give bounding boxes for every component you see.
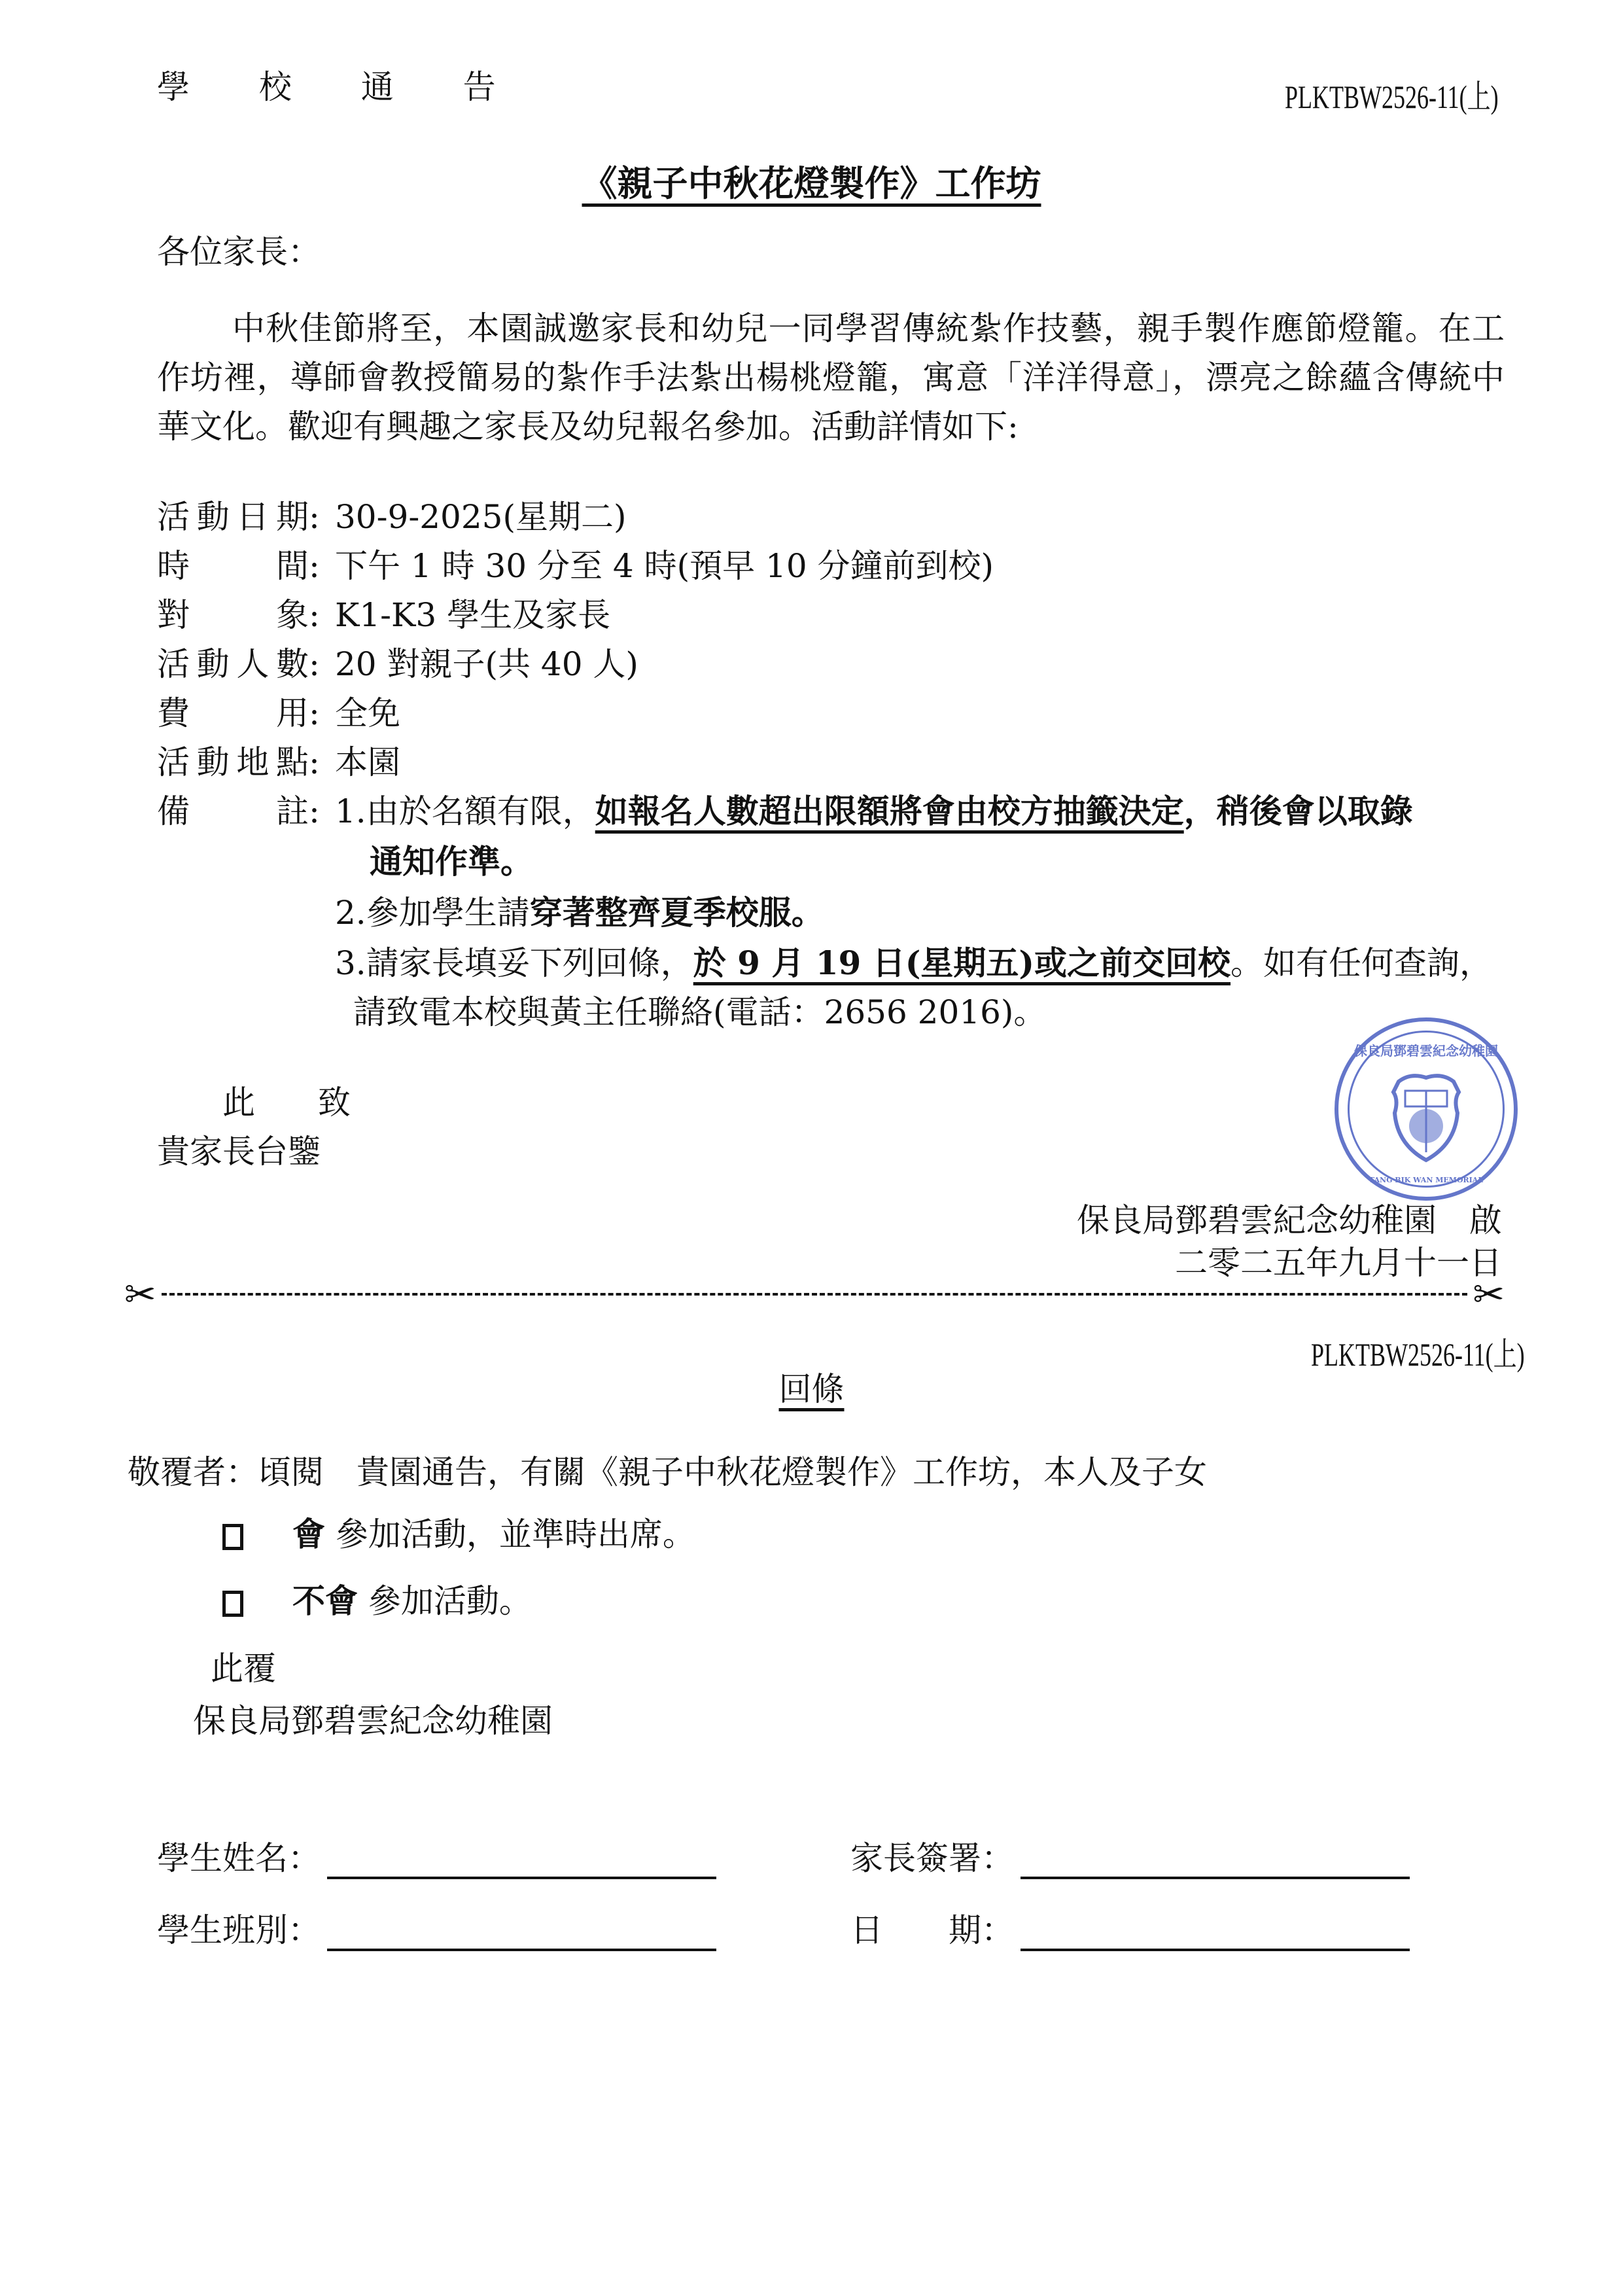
dashed-divider (162, 1293, 1468, 1296)
cut-line: ✂ ✂ (124, 1281, 1505, 1307)
field-label: 學生姓名： (157, 1832, 321, 1879)
notice-title: 《親子中秋花燈製作》工作坊 (0, 156, 1623, 206)
detail-label: 活動人數 (157, 648, 309, 680)
remark-emphasis: 於 9 月 19 日(星期五)或之前交回校 (693, 944, 1230, 982)
remark-text: 由於名額有限， (366, 792, 595, 830)
closing-line-2: 貴家長台鑒 (157, 1135, 321, 1168)
remark-emphasis: 如報名人數超出限額將會由校方抽籤決定 (595, 792, 1184, 830)
detail-label: 費用 (157, 697, 309, 730)
detail-value: 30-9-2025(星期二) (335, 501, 626, 533)
detail-row-venue: 活動地點: 本園 (157, 746, 400, 779)
not-attend-checkbox[interactable] (222, 1591, 243, 1617)
reply-title: 回條 (0, 1373, 1623, 1405)
remark-number: 3. (335, 944, 366, 982)
student-class-field[interactable]: 學生班別： (157, 1904, 716, 1951)
detail-value: K1-K3 學生及家長 (335, 599, 610, 631)
remark-item-3: 3.請家長填妥下列回條，於 9 月 19 日(星期五)或之前交回校。如有任何查詢… (335, 947, 1492, 980)
remark-item-2: 2.參加學生請穿著整齊夏季校服。 (335, 896, 824, 929)
reply-ref-code: PLKTBW2526-11(上) (1311, 1328, 1525, 1375)
detail-label: 對象 (157, 599, 309, 631)
field-label: 學生班別： (157, 1904, 321, 1951)
closing-line-1: 此 致 (222, 1086, 377, 1119)
detail-row-target: 對象: K1-K3 學生及家長 (157, 599, 610, 631)
remarks-row: 備註: 1.由於名額有限，如報名人數超出限額將會由校方抽籤決定，稍後會以取錄 (157, 795, 1413, 828)
remark-number: 1. (335, 792, 366, 830)
detail-row-fee: 費用: 全免 (157, 697, 400, 730)
detail-value: 下午 1 時 30 分至 4 時(預早 10 分鐘前到校) (335, 550, 994, 582)
remark-text: 請家長填妥下列回條， (366, 944, 693, 982)
detail-row-time: 時間: 下午 1 時 30 分至 4 時(預早 10 分鐘前到校) (157, 550, 994, 582)
detail-value: 本園 (335, 746, 400, 779)
remark-text: 。如有任何查詢， (1230, 944, 1492, 982)
remark-text-bold: ，稍後會以取錄 (1184, 792, 1413, 830)
signature-org: 保良局鄧碧雲紀念幼稚園 啟 (1077, 1204, 1502, 1237)
option-keyword: 會 (292, 1515, 325, 1553)
option-text: 參加活動，並準時出席。 (336, 1515, 695, 1553)
student-class-input[interactable] (327, 1917, 716, 1951)
date-input[interactable] (1021, 1917, 1410, 1951)
field-label: 日 期： (850, 1904, 1014, 1951)
reply-addressee: 保良局鄧碧雲紀念幼稚園 (193, 1704, 553, 1737)
ref-code: PLKTBW2526-11(上) (1285, 71, 1499, 118)
remarks-label: 備註 (157, 795, 309, 828)
field-label: 家長簽署： (850, 1832, 1014, 1879)
scissors-icon: ✂ (124, 1275, 156, 1313)
detail-row-date: 活動日期: 30-9-2025(星期二) (157, 501, 626, 533)
notice-type: 學 校 通 告 (157, 71, 525, 103)
signature-date: 二零二五年九月十一日 (1175, 1246, 1502, 1279)
remark-text: 參加學生請 (366, 894, 530, 932)
school-crest-icon: 保良局鄧碧雲紀念幼稚園 TANG BIK WAN MEMORIAL (1338, 1021, 1514, 1197)
option-text: 參加活動。 (368, 1582, 532, 1620)
attend-checkbox[interactable] (222, 1524, 243, 1550)
student-name-field[interactable]: 學生姓名： (157, 1832, 716, 1879)
reply-statement: 敬覆者：頃閱 貴園通告，有關《親子中秋花燈製作》工作坊，本人及子女 (128, 1456, 1207, 1489)
detail-label: 活動地點 (157, 746, 309, 779)
detail-row-capacity: 活動人數: 20 對親子(共 40 人) (157, 648, 638, 680)
intro-paragraph: 中秋佳節將至，本園誠邀家長和幼兒一同學習傳統紮作技藝，親手製作應節燈籠。在工作坊… (157, 304, 1505, 451)
svg-text:保良局鄧碧雲紀念幼稚園: 保良局鄧碧雲紀念幼稚園 (1354, 1043, 1498, 1059)
option-keyword: 不會 (292, 1581, 358, 1620)
detail-label: 活動日期 (157, 501, 309, 533)
student-name-input[interactable] (327, 1845, 716, 1879)
remark-emphasis: 穿著整齊夏季校服。 (530, 893, 824, 932)
svg-text:TANG BIK WAN MEMORIAL: TANG BIK WAN MEMORIAL (1369, 1176, 1483, 1184)
scissors-icon: ✂ (1473, 1275, 1505, 1313)
date-field[interactable]: 日 期： (850, 1904, 1410, 1951)
detail-value: 20 對親子(共 40 人) (335, 648, 638, 680)
option-not-attend[interactable]: 不會 參加活動。 (222, 1585, 532, 1617)
remark-item-1: 1.由於名額有限，如報名人數超出限額將會由校方抽籤決定，稍後會以取錄 (335, 795, 1413, 828)
salutation: 各位家長： (157, 236, 321, 268)
option-attend[interactable]: 會 參加活動，並準時出席。 (222, 1518, 695, 1551)
parent-signature-field[interactable]: 家長簽署： (850, 1832, 1410, 1879)
detail-label: 時間 (157, 550, 309, 582)
remark-item-3-continued: 請致電本校與黃主任聯絡(電話：2656 2016)。 (353, 996, 1046, 1029)
reply-closing: 此覆 (211, 1652, 276, 1685)
school-seal-stamp: 保良局鄧碧雲紀念幼稚園 TANG BIK WAN MEMORIAL (1335, 1017, 1518, 1201)
remark-number: 2. (335, 894, 366, 932)
detail-value: 全免 (335, 697, 400, 730)
parent-signature-input[interactable] (1021, 1845, 1410, 1879)
remark-item-1-continued: 通知作準。 (370, 845, 533, 878)
